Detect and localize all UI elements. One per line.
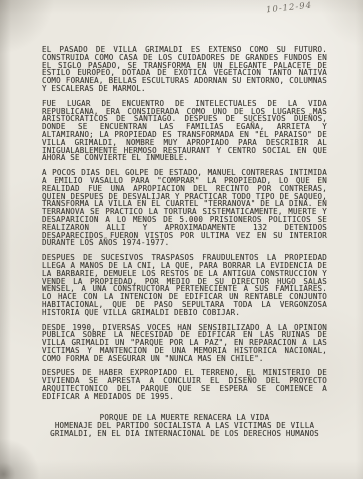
closing-dedication: PORQUE DE LA MUERTE RENACERA LA VIDA HOM…	[42, 414, 327, 439]
paragraph-villa-origins: EL PASADO DE VILLA GRIMALDI ES EXTENSO C…	[42, 46, 327, 93]
scanned-page: 10-12-94 EL PASADO DE VILLA GRIMALDI ES …	[0, 0, 363, 479]
dedication-line-3: GRIMALDI, EN EL DIA INTERNACIONAL DE LOS…	[42, 430, 327, 438]
paragraph-cni-demolition: DESPUES DE SUCESIVOS TRASPASOS FRAUDULEN…	[42, 254, 327, 316]
paragraph-parque-por-la-paz: DESDE 1990, DIVERSAS VOCES HAN SENSIBILI…	[42, 324, 327, 363]
document-text-block: EL PASADO DE VILLA GRIMALDI ES EXTENSO C…	[42, 46, 327, 439]
paragraph-ministry-housing-project: DESPUES DE HABER EXPROPIADO EL TERRENO, …	[42, 369, 327, 400]
paragraph-dina-cuartel-terranova: A POCOS DIAS DEL GOLPE DE ESTADO, MANUEL…	[42, 169, 327, 247]
paragraph-republican-era: FUE LUGAR DE ENCUENTRO DE INTELECTUALES …	[42, 100, 327, 162]
handwritten-date-annotation: 10-12-94	[266, 1, 313, 16]
